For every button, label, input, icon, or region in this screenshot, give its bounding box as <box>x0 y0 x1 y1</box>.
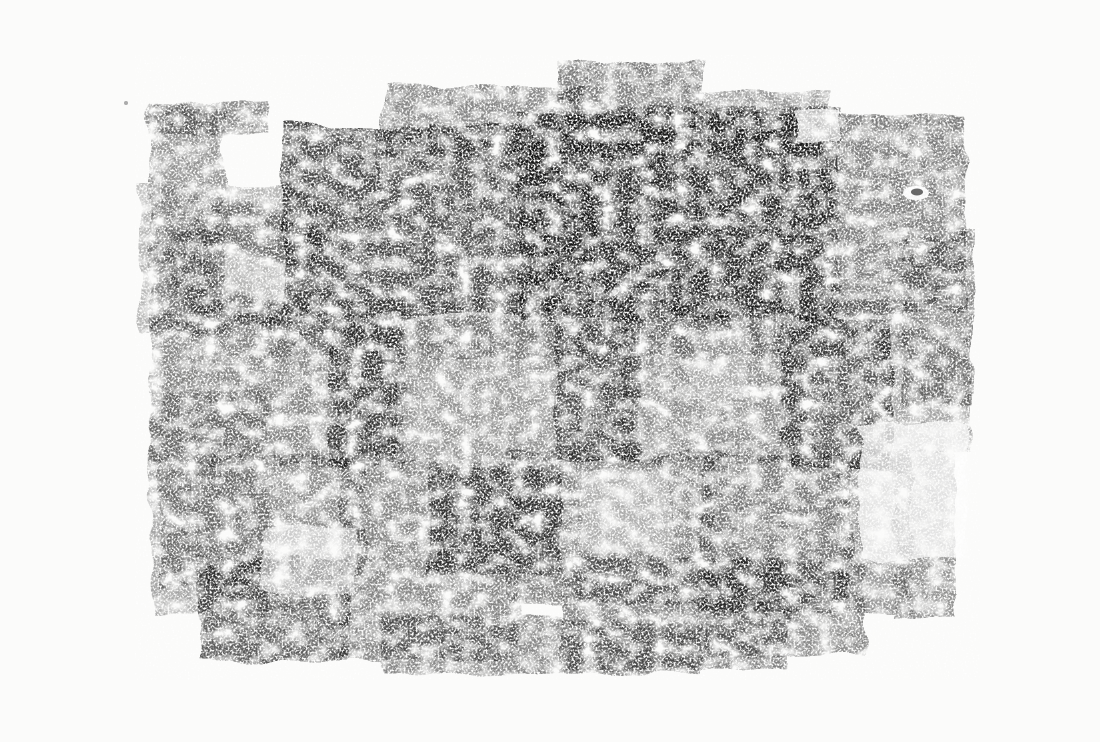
monoprint-artwork <box>0 0 1100 742</box>
detail-speck <box>124 101 128 105</box>
detail-speck <box>911 189 923 196</box>
ink-texture-canvas <box>0 0 1100 742</box>
paper-speckle-area <box>135 55 980 680</box>
paper-grain-layer <box>135 55 980 680</box>
